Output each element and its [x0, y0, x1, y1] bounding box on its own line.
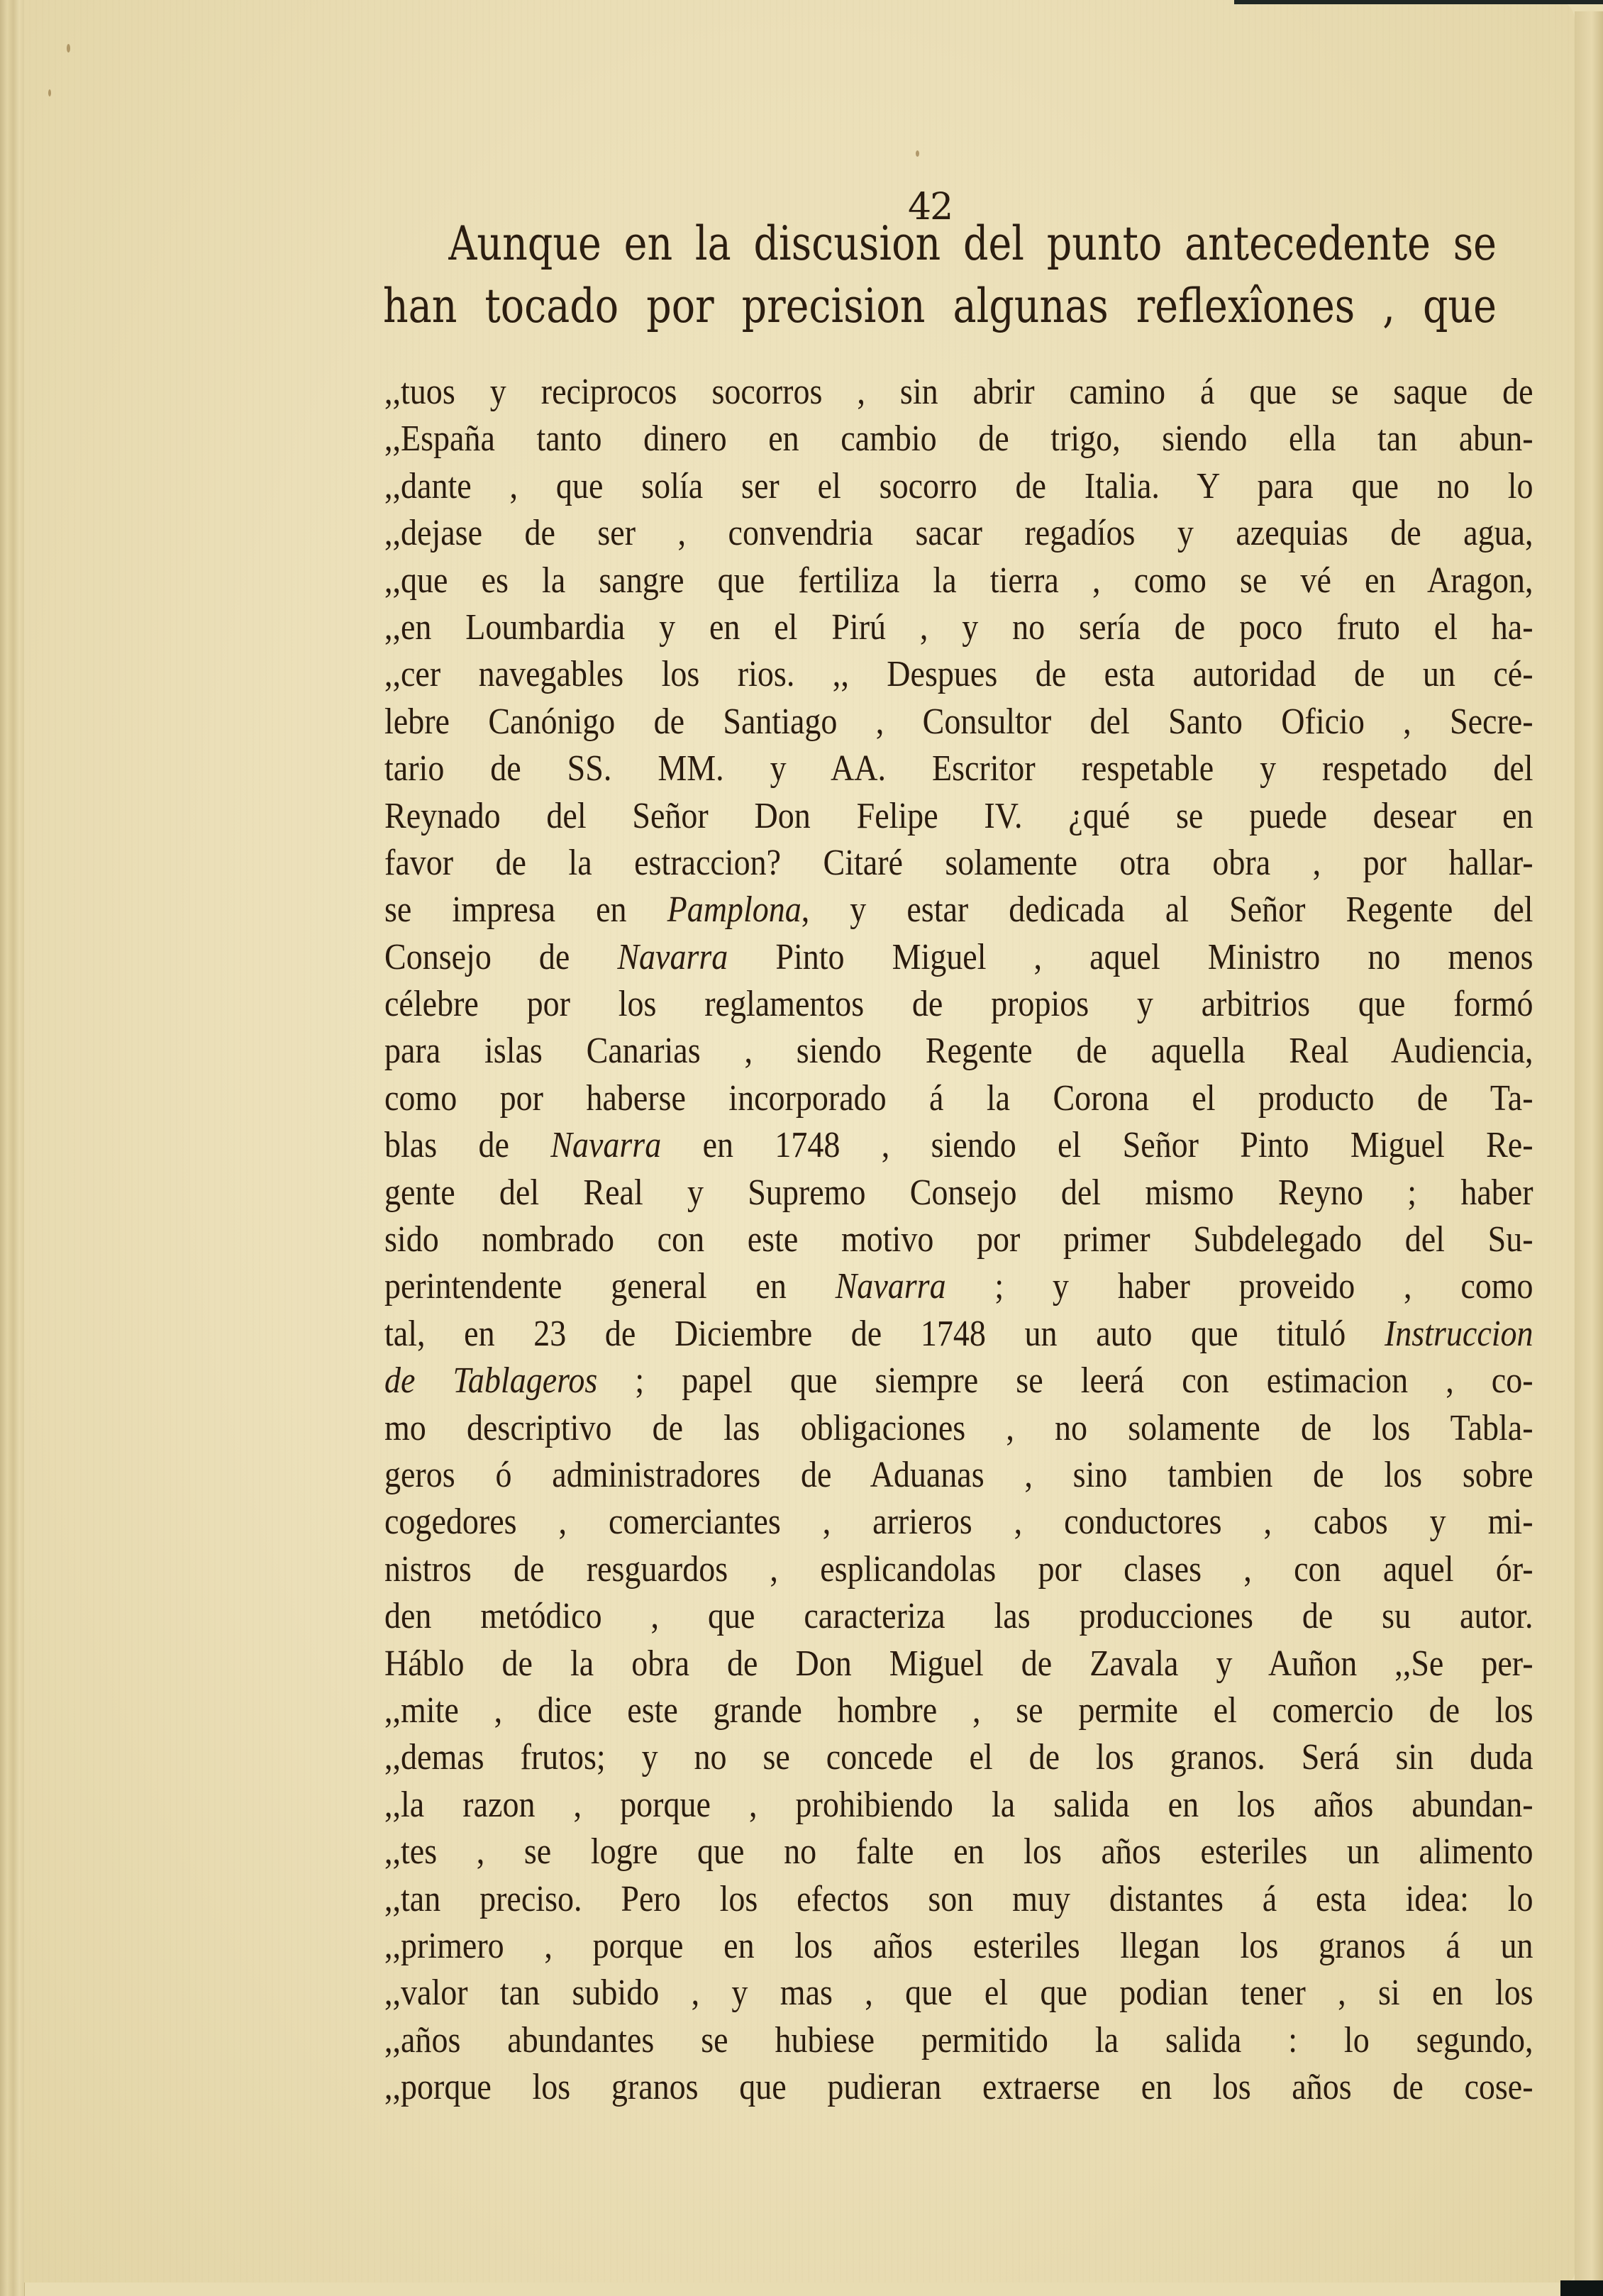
- text-run: ,,España tanto dinero en cambio de trigo…: [384, 418, 1533, 459]
- text-line: tal, en 23 de Diciembre de 1748 un auto …: [384, 1311, 1533, 1358]
- text-line: ,,años abundantes se hubiese permitido l…: [384, 2017, 1533, 2064]
- text-run: Háblo de la obra de Don Miguel de Zavala…: [384, 1643, 1533, 1684]
- text-line: geros ó administradores de Aduanas , sin…: [384, 1452, 1533, 1499]
- text-run: ,,la razon , porque , prohibiendo la sal…: [384, 1785, 1533, 1825]
- text-run: perintendente general en: [384, 1266, 836, 1307]
- page-gutter-edge: [0, 0, 25, 2296]
- text-line: favor de la estraccion? Citaré solamente…: [384, 840, 1533, 887]
- text-run: mo descriptivo de las obligaciones , no …: [384, 1408, 1533, 1448]
- italic-text-run: Navarra: [550, 1125, 661, 1165]
- text-line: Reynado del Señor Don Felipe IV. ¿qué se…: [384, 793, 1533, 840]
- text-run: ,,dejase de ser , convendria sacar regad…: [384, 513, 1533, 553]
- text-run: se impresa en: [384, 889, 667, 930]
- text-run: en 1748 , siendo el Señor Pinto Miguel R…: [661, 1125, 1533, 1165]
- text-line: de Tablageros ; papel que siempre se lee…: [384, 1358, 1533, 1404]
- text-run: blas de: [384, 1125, 550, 1165]
- text-line: lebre Canónigo de Santiago , Consultor d…: [384, 699, 1533, 745]
- text-run: ,,primero , porque en los años esteriles…: [384, 1926, 1533, 1966]
- text-line: ,,mite , dice este grande hombre , se pe…: [384, 1687, 1533, 1734]
- text-run: den metódico , que caracteriza las produ…: [384, 1596, 1533, 1636]
- text-line: célebre por los reglamentos de propios y…: [384, 981, 1533, 1028]
- text-run: tario de SS. MM. y AA. Escritor respetab…: [384, 748, 1533, 789]
- text-line: Consejo de Navarra Pinto Miguel , aquel …: [384, 934, 1533, 981]
- text-line: ,,en Loumbardia y en el Pirú , y no serí…: [384, 604, 1533, 651]
- text-run: Reynado del Señor Don Felipe IV. ¿qué se…: [384, 796, 1533, 836]
- text-line: gente del Real y Supremo Consejo del mis…: [384, 1170, 1533, 1216]
- scan-background-top: [1234, 0, 1603, 4]
- text-line: ,,cer navegables los rios. ,, Despues de…: [384, 651, 1533, 698]
- text-line: ,,dante , que solía ser el socorro de It…: [384, 463, 1533, 510]
- text-line: tario de SS. MM. y AA. Escritor respetab…: [384, 745, 1533, 792]
- page-stack-edge: [1575, 11, 1603, 2296]
- italic-text-run: Navarra: [836, 1266, 946, 1307]
- text-line: ,,tan preciso. Pero los efectos son muy …: [384, 1876, 1533, 1923]
- text-run: sido nombrado con este motivo por primer…: [384, 1219, 1533, 1260]
- text-line: mo descriptivo de las obligaciones , no …: [384, 1405, 1533, 1452]
- italic-text-run: Instruccion: [1385, 1314, 1533, 1354]
- text-run: ; papel que siempre se leerá con estimac…: [597, 1360, 1533, 1401]
- scan-background-bottom: [1560, 2280, 1603, 2296]
- text-line: ,,tes , se logre que no falte en los año…: [384, 1829, 1533, 1875]
- text-run: ,,dante , que solía ser el socorro de It…: [384, 466, 1533, 506]
- text-run: ; y haber proveido , como: [946, 1266, 1533, 1307]
- text-line: ,,porque los granos que pudieran extraer…: [384, 2064, 1533, 2111]
- text-line: Aunque en la discusion del punto anteced…: [383, 213, 1497, 275]
- body-text-block: ,,tuos y reciprocos socorros , sin abrir…: [384, 369, 1533, 2111]
- text-line: ,,la razon , porque , prohibiendo la sal…: [384, 1782, 1533, 1829]
- text-run: ,,valor tan subido , y mas , que el que …: [384, 1973, 1533, 2013]
- text-line: ,,tuos y reciprocos socorros , sin abrir…: [384, 369, 1533, 416]
- text-run: ,,tuos y reciprocos socorros , sin abrir…: [384, 372, 1533, 412]
- text-run: favor de la estraccion? Citaré solamente…: [384, 843, 1533, 883]
- text-line: ,,España tanto dinero en cambio de trigo…: [384, 416, 1533, 462]
- text-line: Háblo de la obra de Don Miguel de Zavala…: [384, 1641, 1533, 1687]
- text-run: tal, en 23 de Diciembre de 1748 un auto …: [384, 1314, 1385, 1354]
- text-run: lebre Canónigo de Santiago , Consultor d…: [384, 701, 1533, 742]
- text-line: den metódico , que caracteriza las produ…: [384, 1593, 1533, 1640]
- text-run: ,,tan preciso. Pero los efectos son muy …: [384, 1879, 1533, 1919]
- text-line: blas de Navarra en 1748 , siendo el Seño…: [384, 1122, 1533, 1169]
- text-line: para islas Canarias , siendo Regente de …: [384, 1028, 1533, 1075]
- scanned-book-page: 42 Aunque en la discusion del punto ante…: [0, 0, 1603, 2296]
- text-line: ,,dejase de ser , convendria sacar regad…: [384, 510, 1533, 557]
- text-run: ,,cer navegables los rios. ,, Despues de…: [384, 654, 1533, 694]
- text-line: ,,valor tan subido , y mas , que el que …: [384, 1970, 1533, 2017]
- text-run: ,,años abundantes se hubiese permitido l…: [384, 2020, 1533, 2061]
- text-run: célebre por los reglamentos de propios y…: [384, 984, 1533, 1024]
- text-line: ,,demas frutos; y no se concede el de lo…: [384, 1734, 1533, 1781]
- text-line: como por haberse incorporado á la Corona…: [384, 1075, 1533, 1122]
- text-run: ,,tes , se logre que no falte en los año…: [384, 1831, 1533, 1872]
- text-line: cogedores , comerciantes , arrieros , co…: [384, 1499, 1533, 1546]
- text-line: se impresa en Pamplona, y estar dedicada…: [384, 887, 1533, 933]
- text-run: ,,en Loumbardia y en el Pirú , y no serí…: [384, 607, 1533, 648]
- italic-text-run: Navarra: [617, 937, 728, 977]
- text-run: ,,que es la sangre que fertiliza la tier…: [384, 560, 1533, 601]
- paper-speck: [67, 44, 70, 52]
- text-run: ,,porque los granos que pudieran extraer…: [384, 2067, 1533, 2107]
- text-run: Consejo de: [384, 937, 617, 977]
- text-line: sido nombrado con este motivo por primer…: [384, 1216, 1533, 1263]
- text-run: geros ó administradores de Aduanas , sin…: [384, 1455, 1533, 1495]
- text-run: cogedores , comerciantes , arrieros , co…: [384, 1502, 1533, 1542]
- text-line: nistros de resguardos , esplicandolas po…: [384, 1546, 1533, 1593]
- text-run: ,,demas frutos; y no se concede el de lo…: [384, 1737, 1533, 1778]
- text-run: Pinto Miguel , aquel Ministro no menos: [728, 937, 1533, 977]
- italic-text-run: de Tablageros: [384, 1360, 597, 1401]
- text-run: como por haberse incorporado á la Corona…: [384, 1078, 1533, 1119]
- text-line: ,,primero , porque en los años esteriles…: [384, 1923, 1533, 1970]
- italic-text-run: Pamplona: [667, 889, 801, 930]
- opening-paragraph-lines: Aunque en la discusion del punto anteced…: [383, 213, 1497, 338]
- paper-speck: [916, 150, 919, 157]
- paper-speck: [48, 89, 51, 96]
- text-run: ,,mite , dice este grande hombre , se pe…: [384, 1690, 1533, 1731]
- text-run: , y estar dedicada al Señor Regente del: [801, 889, 1533, 930]
- text-line: ,,que es la sangre que fertiliza la tier…: [384, 558, 1533, 604]
- text-run: nistros de resguardos , esplicandolas po…: [384, 1549, 1533, 1590]
- text-run: para islas Canarias , siendo Regente de …: [384, 1031, 1533, 1071]
- text-run: gente del Real y Supremo Consejo del mis…: [384, 1172, 1533, 1213]
- text-line: perintendente general en Navarra ; y hab…: [384, 1263, 1533, 1310]
- text-line: han tocado por precision algunas reflexî…: [383, 275, 1497, 338]
